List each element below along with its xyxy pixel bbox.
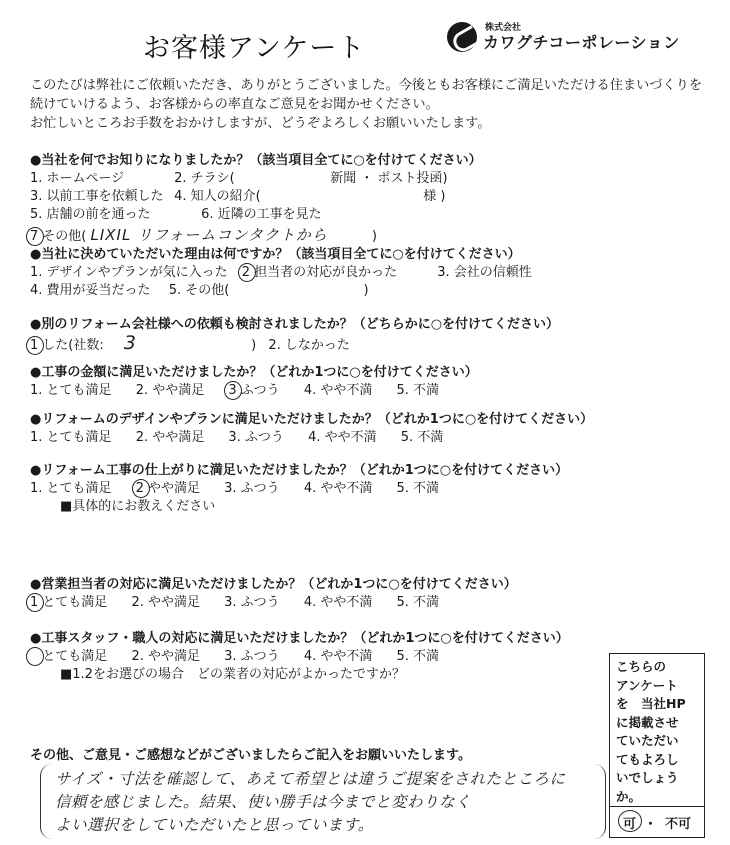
option-dissatisfied[interactable]: 4. やや不満 — [304, 648, 373, 666]
intro-line: このたびは弊社にご依頼いただき、ありがとうございました。今後ともお客様にご満足い… — [30, 76, 710, 95]
question-title: ●工事スタッフ・職人の対応に満足いただけましたか？（どれか1つに○を付けてくださ… — [30, 630, 569, 648]
question-title: ●リフォーム工事の仕上がりに満足いただけましたか？（どれか1つに○を付けてくださ… — [30, 462, 568, 480]
handwritten-company-count[interactable]: 3 — [124, 332, 137, 354]
comment-line: よい選択をしていただいたと思っています。 — [55, 814, 595, 837]
selected-number: 2 — [136, 481, 144, 496]
option-label: とても満足 — [42, 649, 107, 664]
panel-line: こちらの — [616, 658, 698, 677]
option-row: 1とても満足 2. やや満足 3. ふつう 4. やや不満 5. 不満 — [30, 594, 517, 612]
company-name: カワグチコーポレーション — [483, 35, 680, 51]
comments-field[interactable]: サイズ・寸法を確認して、あえて希望とは違うご提案をされたところに 信頼を感じまし… — [40, 764, 606, 839]
option-satisfied[interactable]: 2. やや満足 — [136, 382, 205, 400]
option-label: とても満足 — [42, 595, 107, 610]
selected-number: 1 — [30, 595, 38, 610]
panel-line: か。 — [616, 788, 698, 807]
option-dissatisfied[interactable]: 4. やや不満 — [304, 480, 373, 498]
question-title: ●工事の金額に満足いただけましたか？（どれか1つに○を付けてください） — [30, 364, 478, 382]
option-deny[interactable]: 不可 — [665, 813, 691, 832]
handwritten-other-answer[interactable]: LIXIL リフォームコンタクトから — [91, 226, 328, 244]
option-very-dissatisfied[interactable]: 5. 不満 — [397, 480, 440, 498]
question-craftsmen: ●工事スタッフ・職人の対応に満足いただけましたか？（どれか1つに○を付けてくださ… — [30, 630, 569, 684]
comment-line: サイズ・寸法を確認して、あえて希望とは違うご提案をされたところに — [55, 768, 595, 791]
option-yes[interactable]: 1 — [30, 337, 38, 355]
panel-line: ていただい — [616, 732, 698, 751]
option-very-dissatisfied[interactable]: 5. 不満 — [401, 429, 444, 447]
option-staff-response[interactable]: 2 — [242, 264, 250, 282]
intro-text: このたびは弊社にご依頼いただき、ありがとうございました。今後ともお客様にご満足い… — [30, 76, 710, 133]
publish-question: こちらの アンケート を 当社HP に掲載させ ていただい てもよろし いでしょ… — [610, 654, 704, 807]
option-neutral[interactable]: 3. ふつう — [224, 480, 280, 498]
question-other-companies: ●別のリフォーム会社様への依頼も検討されましたか？（どちらかに○を付けてください… — [30, 316, 559, 355]
panel-line: を 当社HP — [616, 695, 698, 714]
question-title: ●当社に決めていただいた理由は何ですか？（該当項目全てに○を付けてください） — [30, 246, 552, 264]
option-row: 1. ホームページ 2. チラシ( 新聞 ・ ポスト投函) — [30, 170, 482, 188]
option-other[interactable]: 5. その他( — [169, 282, 230, 300]
separator: ・ — [644, 813, 657, 832]
option-neutral[interactable]: 3. ふつう — [224, 648, 280, 666]
publish-permission-panel: こちらの アンケート を 当社HP に掲載させ ていただい てもよろし いでしょ… — [609, 653, 705, 838]
option-dissatisfied[interactable]: 4. やや不満 — [308, 429, 377, 447]
selected-number: 1 — [30, 338, 38, 353]
question-title: ●営業担当者の対応に満足いただけましたか？（どれか1つに○を付けてください） — [30, 576, 517, 594]
option-design[interactable]: 1. デザインやプランが気に入った — [30, 264, 228, 282]
publish-choice: 可 ・ 不可 — [610, 807, 704, 837]
option-neutral[interactable]: 3. ふつう — [228, 429, 284, 447]
contractor-prompt: ■1.2をお選びの場合 どの業者の対応がよかったですか？ — [30, 666, 569, 684]
option-satisfied[interactable]: 2. やや満足 — [131, 648, 200, 666]
option-very-satisfied[interactable]: 1 — [30, 648, 38, 666]
handwritten-comments: サイズ・寸法を確認して、あえて希望とは違うご提案をされたところに 信頼を感じまし… — [55, 768, 595, 837]
page-title: お客様アンケート — [143, 26, 365, 65]
panel-line: アンケート — [616, 677, 698, 696]
option-satisfied[interactable]: 2 — [136, 480, 144, 498]
other-label: その他( — [42, 229, 86, 244]
option-row: 1. とても満足 2. やや満足 3. ふつう 4. やや不満 5. 不満 — [30, 429, 593, 447]
panel-line: いでしょう — [616, 769, 698, 788]
bracket: ) — [251, 338, 256, 353]
question-how-found: ●当社を何でお知りになりましたか？（該当項目全てに○を付けてください） 1. ホ… — [30, 152, 482, 246]
option-no[interactable]: 2. しなかった — [268, 337, 350, 355]
company-prefix: 株式会社 — [485, 24, 680, 33]
option-referral[interactable]: 4. 知人の紹介( — [174, 188, 419, 206]
option-very-dissatisfied[interactable]: 5. 不満 — [397, 382, 440, 400]
comments-label: その他、ご意見・ご感想などがございましたらご記入をお願いいたします。 — [30, 744, 471, 763]
option-row: 1. デザインやプランが気に入った 2担当者の対応が良かった 3. 会社の信頼性 — [30, 264, 552, 282]
selected-number: 1 — [30, 649, 38, 664]
option-very-satisfied[interactable]: 1. とても満足 — [30, 382, 112, 400]
option-allow[interactable]: 可 — [623, 813, 636, 832]
option-neutral[interactable]: 3 — [228, 382, 236, 400]
option-nearby-work[interactable]: 6. 近隣の工事を見た — [201, 206, 322, 224]
selected-number: 7 — [30, 229, 38, 244]
option-neutral[interactable]: 3. ふつう — [224, 594, 280, 612]
option-dissatisfied[interactable]: 4. やや不満 — [304, 382, 373, 400]
option-dissatisfied[interactable]: 4. やや不満 — [304, 594, 373, 612]
intro-line: お忙しいところお手数をおかけしますが、どうぞよろしくお願いいたします。 — [30, 114, 710, 133]
option-row: 1した(社数: 3 ) 2. しなかった — [30, 334, 559, 355]
option-satisfied[interactable]: 2. やや満足 — [136, 429, 205, 447]
option-very-satisfied[interactable]: 1 — [30, 594, 38, 612]
comment-line: 信頼を感じました。結果、使い勝手は今までと変わりなく — [55, 791, 595, 814]
bracket: ) — [372, 229, 377, 244]
option-row: 7その他( LIXIL リフォームコンタクトから ) — [30, 226, 482, 246]
option-cost[interactable]: 4. 費用が妥当だった — [30, 282, 151, 300]
option-label: した(社数: — [42, 338, 103, 353]
question-title: ●当社を何でお知りになりましたか？（該当項目全てに○を付けてください） — [30, 152, 482, 170]
detail-prompt: ■具体的にお教えください — [30, 498, 568, 516]
bracket: ) — [363, 283, 368, 298]
option-other[interactable]: 7 — [30, 228, 38, 246]
option-row: 1とても満足 2. やや満足 3. ふつう 4. やや不満 5. 不満 — [30, 648, 569, 666]
option-homepage[interactable]: 1. ホームページ — [30, 170, 170, 188]
option-row: 4. 費用が妥当だった 5. その他( ) — [30, 282, 552, 300]
selected-number: 2 — [242, 265, 250, 280]
question-title: ●リフォームのデザインやプランに満足いただけましたか？（どれか1つに○を付けてく… — [30, 411, 593, 429]
option-previous-work[interactable]: 3. 以前工事を依頼した — [30, 188, 170, 206]
question-design: ●リフォームのデザインやプランに満足いただけましたか？（どれか1つに○を付けてく… — [30, 411, 593, 447]
option-label: やや満足 — [148, 481, 200, 496]
option-satisfied[interactable]: 2. やや満足 — [131, 594, 200, 612]
question-title: ●別のリフォーム会社様への依頼も検討されましたか？（どちらかに○を付けてください… — [30, 316, 559, 334]
option-row: 1. とても満足 2やや満足 3. ふつう 4. やや不満 5. 不満 — [30, 480, 568, 498]
option-row: 1. とても満足 2. やや満足 3ふつう 4. やや不満 5. 不満 — [30, 382, 478, 400]
option-flyer-type[interactable]: 新聞 ・ ポスト投函) — [330, 170, 447, 188]
option-trust[interactable]: 3. 会社の信頼性 — [437, 264, 532, 282]
option-label: ふつう — [241, 383, 280, 398]
option-row: 3. 以前工事を依頼した 4. 知人の紹介( 様 ) — [30, 188, 482, 206]
option-row: 5. 店舗の前を通った 6. 近隣の工事を見た — [30, 206, 482, 224]
option-store[interactable]: 5. 店舗の前を通った — [30, 206, 197, 224]
option-referral-name[interactable]: 様 ) — [423, 188, 445, 206]
question-finish: ●リフォーム工事の仕上がりに満足いただけましたか？（どれか1つに○を付けてくださ… — [30, 462, 568, 516]
question-reason: ●当社に決めていただいた理由は何ですか？（該当項目全てに○を付けてください） 1… — [30, 246, 552, 300]
panel-line: に掲載させ — [616, 714, 698, 733]
option-very-satisfied[interactable]: 1. とても満足 — [30, 480, 112, 498]
question-sales-staff: ●営業担当者の対応に満足いただけましたか？（どれか1つに○を付けてください） 1… — [30, 576, 517, 612]
logo-mark-icon — [447, 22, 477, 52]
question-price: ●工事の金額に満足いただけましたか？（どれか1つに○を付けてください） 1. と… — [30, 364, 478, 400]
selected-number: 3 — [228, 383, 236, 398]
panel-line: てもよろし — [616, 751, 698, 770]
option-very-satisfied[interactable]: 1. とても満足 — [30, 429, 112, 447]
intro-line: 続けていけるよう、お客様からの率直なご意見をお聞かせください。 — [30, 95, 710, 114]
company-logo: 株式会社 カワグチコーポレーション — [447, 22, 680, 52]
option-flyer[interactable]: 2. チラシ( — [174, 170, 326, 188]
option-very-dissatisfied[interactable]: 5. 不満 — [397, 648, 440, 666]
option-label: 担当者の対応が良かった — [254, 265, 397, 280]
option-very-dissatisfied[interactable]: 5. 不満 — [397, 594, 440, 612]
